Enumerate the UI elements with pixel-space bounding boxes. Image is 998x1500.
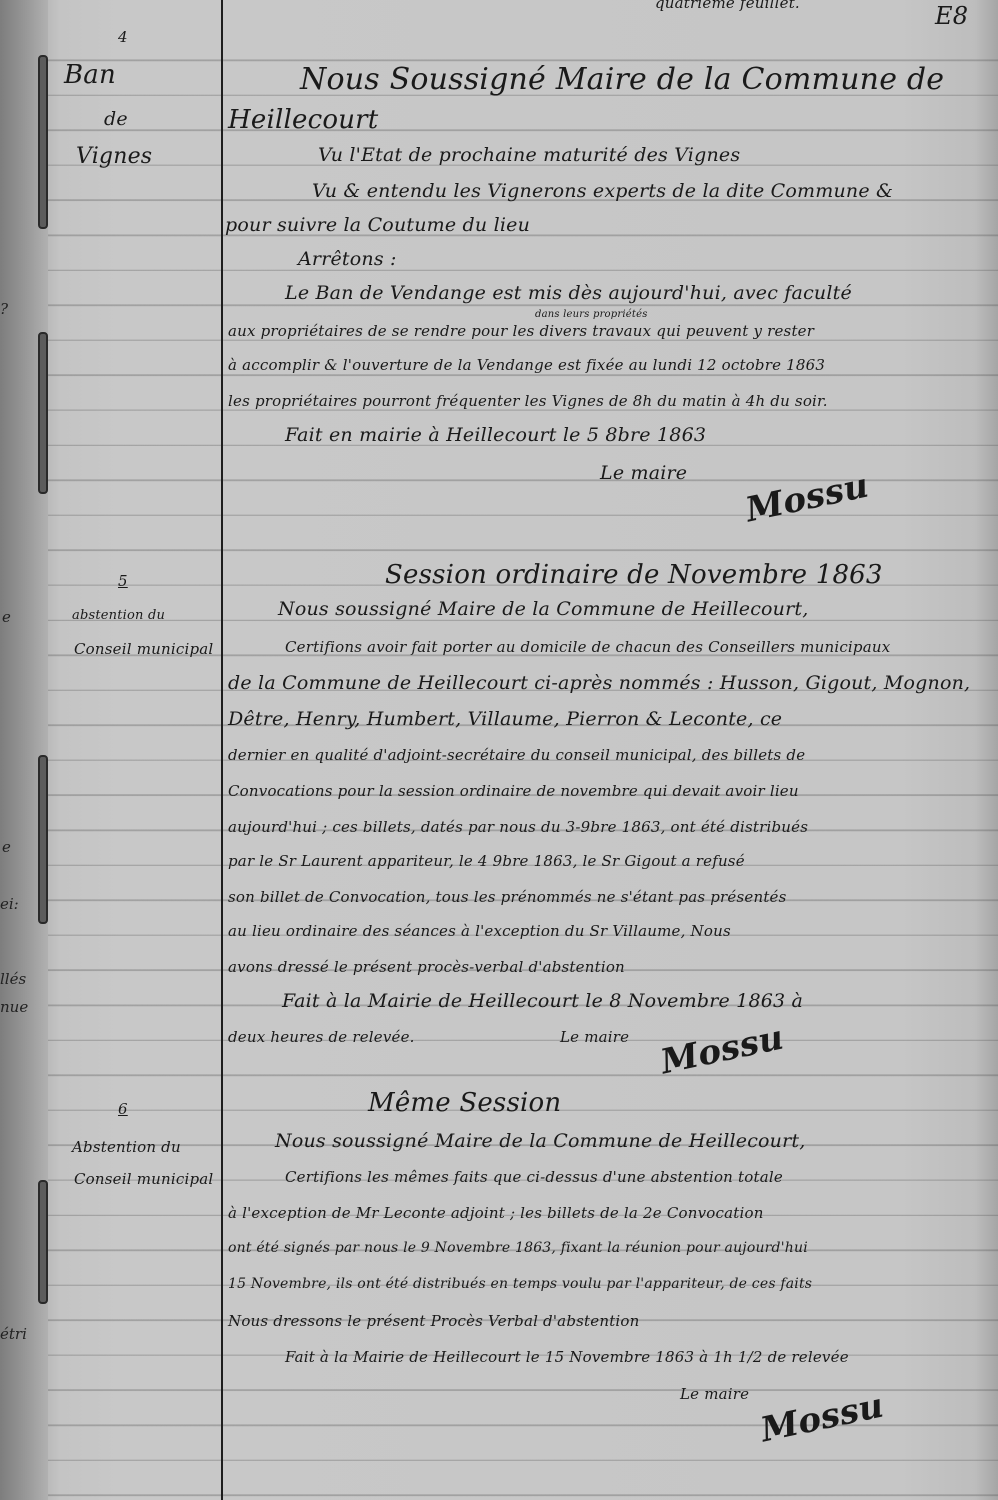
margin-title: Abstention du [72, 1138, 181, 1156]
entry-line: de la Commune de Heillecourt ci-après no… [228, 672, 970, 694]
left-page-fragment: e [2, 838, 11, 856]
entry-line: son billet de Convocation, tous les prén… [228, 888, 787, 906]
closing-label: Le maire [560, 1028, 629, 1046]
left-page-fragment: étri [0, 1325, 27, 1343]
entry-line: Vu l'Etat de prochaine maturité des Vign… [318, 144, 740, 166]
entry-line: Fait en mairie à Heillecourt le 5 8bre 1… [285, 424, 706, 446]
entry-line: aux propriétaires de se rendre pour les … [228, 322, 814, 340]
entry-line: Fait à la Mairie de Heillecourt le 15 No… [285, 1348, 849, 1366]
margin-title: de [104, 108, 128, 130]
entry-line: à accomplir & l'ouverture de la Vendange… [228, 356, 825, 374]
entry-line: Heillecourt [228, 105, 378, 135]
left-page-fragment: llés [0, 970, 26, 988]
interlinear-note: dans leurs propriétés [535, 309, 648, 320]
closing-label: Le maire [680, 1385, 749, 1403]
entry-line: Convocations pour la session ordinaire d… [228, 782, 799, 800]
entry-line: aujourd'hui ; ces billets, datés par nou… [228, 818, 808, 836]
entry-line: à l'exception de Mr Leconte adjoint ; le… [228, 1204, 764, 1222]
margin-title: Vignes [76, 144, 152, 169]
entry-line: au lieu ordinaire des séances à l'except… [228, 922, 731, 940]
session-heading: Même Session [368, 1088, 561, 1118]
binding-stitch [38, 332, 48, 494]
entry-line: dernier en qualité d'adjoint-secrétaire … [228, 746, 805, 764]
entry-line: Nous dressons le présent Procès Verbal d… [228, 1312, 640, 1330]
entry-line: Nous soussigné Maire de la Commune de He… [275, 1130, 805, 1152]
entry-line: Arrêtons : [298, 248, 397, 270]
entry-line: Vu & entendu les Vignerons experts de la… [312, 180, 893, 202]
folio-mark: E8 [935, 2, 968, 30]
register-page: ? e e ei: llés nue étri quatrième feuill… [0, 0, 998, 1500]
entry-line: 15 Novembre, ils ont été distribués en t… [228, 1276, 812, 1292]
session-heading: Session ordinaire de Novembre 1863 [385, 560, 883, 590]
left-page-fragment: e [2, 608, 11, 626]
folio-header-note: quatrième feuillet. [655, 0, 800, 12]
entry-line: Fait à la Mairie de Heillecourt le 8 Nov… [282, 990, 803, 1012]
entry-line: Nous soussigné Maire de la Commune de He… [278, 598, 808, 620]
binding-stitch [38, 1180, 48, 1304]
left-page-fragment: ei: [0, 895, 19, 913]
margin-title: Conseil municipal [74, 1170, 213, 1188]
margin-rule [221, 0, 223, 1500]
entry-line: Dêtre, Henry, Humbert, Villaume, Pierron… [228, 708, 782, 730]
margin-title: Ban [64, 60, 116, 90]
left-page-fragment: nue [0, 998, 28, 1016]
entry-number: 6 [118, 1100, 128, 1118]
margin-title: abstention du [72, 608, 165, 623]
entry-line: par le Sr Laurent appariteur, le 4 9bre … [228, 852, 745, 870]
closing-label: Le maire [600, 462, 687, 484]
entry-line: Certifions les mêmes faits que ci-dessus… [285, 1168, 783, 1186]
entry-number: 5 [118, 572, 128, 590]
binding-stitch [38, 55, 48, 229]
entry-line: Le Ban de Vendange est mis dès aujourd'h… [285, 282, 852, 304]
entry-line: Nous Soussigné Maire de la Commune de [300, 62, 944, 97]
entry-number: 4 [118, 28, 128, 46]
entry-line: les propriétaires pourront fréquenter le… [228, 392, 828, 410]
entry-line: Certifions avoir fait porter au domicile… [285, 638, 890, 656]
margin-title: Conseil municipal [74, 640, 213, 658]
entry-line: avons dressé le présent procès-verbal d'… [228, 958, 625, 976]
left-page-fragment: ? [0, 300, 8, 318]
entry-line: pour suivre la Coutume du lieu [225, 214, 530, 236]
entry-line: deux heures de relevée. [228, 1028, 415, 1046]
entry-line: ont été signés par nous le 9 Novembre 18… [228, 1240, 808, 1256]
binding-stitch [38, 755, 48, 924]
